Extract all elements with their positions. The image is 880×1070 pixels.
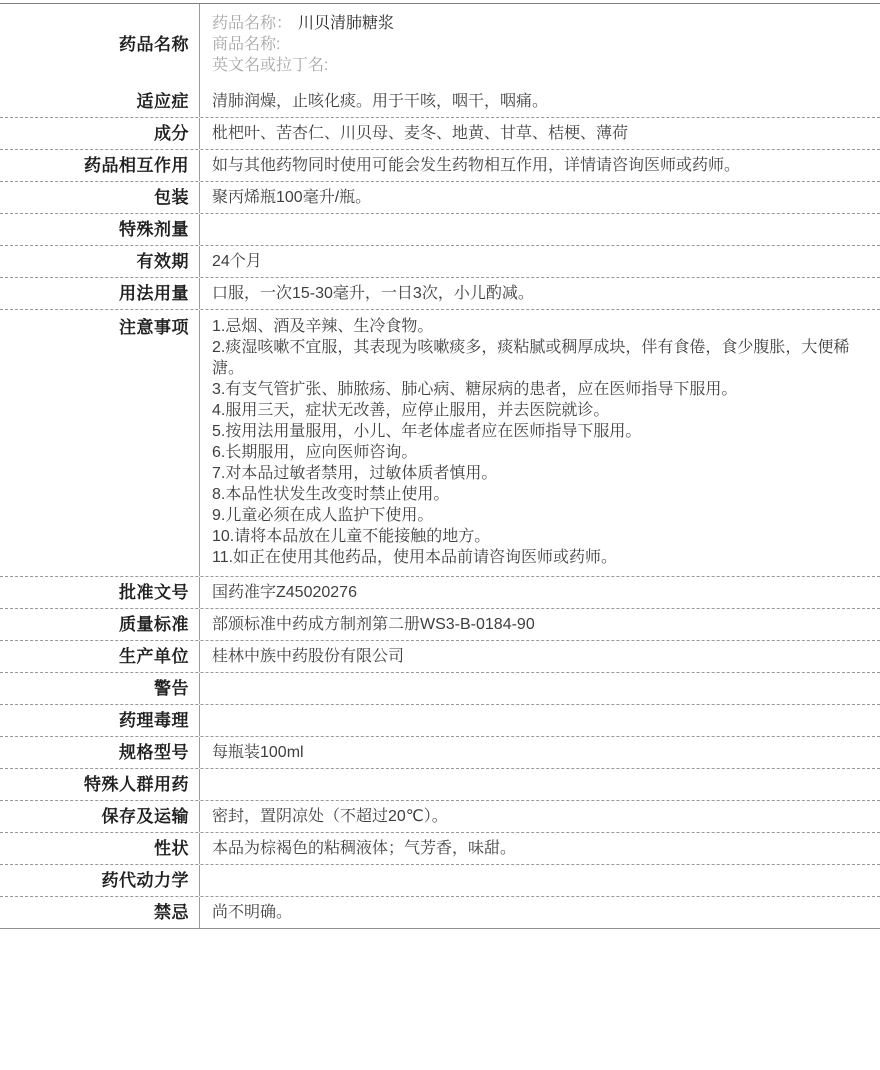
row-label: 成分 [0, 118, 200, 149]
row-label: 有效期 [0, 246, 200, 277]
row-label: 保存及运输 [0, 801, 200, 832]
drug-name-value: 川贝清肺糖浆 [298, 15, 394, 32]
row-label: 用法用量 [0, 278, 200, 309]
row-label: 质量标准 [0, 609, 200, 640]
row-value-line: 如与其他药物同时使用可能会发生药物相互作用，详情请咨询医师或药师。 [212, 155, 854, 176]
row-label: 规格型号 [0, 737, 200, 768]
row-value-line: 24个月 [212, 251, 854, 272]
row-label: 批准文号 [0, 577, 200, 608]
table-row: 特殊人群用药 [0, 768, 880, 800]
table-row: 有效期 24个月 [0, 245, 880, 277]
row-value [200, 769, 880, 800]
row-value [200, 865, 880, 896]
row-value [200, 705, 880, 736]
row-value-line: 1.忌烟、酒及辛辣、生冷食物。 [212, 316, 854, 337]
table-row: 药品相互作用 如与其他药物同时使用可能会发生药物相互作用，详情请咨询医师或药师。 [0, 149, 880, 181]
row-label: 性状 [0, 833, 200, 864]
row-label: 禁忌 [0, 897, 200, 928]
row-value: 枇杷叶、苦杏仁、川贝母、麦冬、地黄、甘草、桔梗、薄荷 [200, 118, 880, 149]
table-row: 警告 [0, 672, 880, 704]
table-row-drug-name: 药品名称 药品名称：川贝清肺糖浆 商品名称: 英文名或拉丁名: [0, 4, 880, 85]
row-label: 特殊人群用药 [0, 769, 200, 800]
row-label: 药品相互作用 [0, 150, 200, 181]
table-row: 药理毒理 [0, 704, 880, 736]
row-value: 如与其他药物同时使用可能会发生药物相互作用，详情请咨询医师或药师。 [200, 150, 880, 181]
row-label: 警告 [0, 673, 200, 704]
row-value-line: 桂林中族中药股份有限公司 [212, 646, 854, 667]
row-label: 生产单位 [0, 641, 200, 672]
table-row: 保存及运输 密封，置阴凉处（不超过20℃）。 [0, 800, 880, 832]
row-value [200, 214, 880, 245]
row-value-line: 部颁标准中药成方制剂第二册WS3-B-0184-90 [212, 614, 854, 635]
drug-info-table: 药品名称 药品名称：川贝清肺糖浆 商品名称: 英文名或拉丁名: 适应症 清肺润燥… [0, 3, 880, 929]
field-label-english-name: 英文名或拉丁名: [212, 57, 328, 74]
row-value: 1.忌烟、酒及辛辣、生冷食物。2.痰湿咳嗽不宜服，其表现为咳嗽痰多，痰粘腻或稠厚… [200, 310, 880, 576]
drug-name-line: 药品名称：川贝清肺糖浆 [212, 13, 854, 34]
row-value: 口服，一次15-30毫升，一日3次，小儿酌减。 [200, 278, 880, 309]
row-value-line: 8.本品性状发生改变时禁止使用。 [212, 484, 854, 505]
row-value-line: 4.服用三天，症状无改善，应停止服用，并去医院就诊。 [212, 400, 854, 421]
row-value-line: 口服，一次15-30毫升，一日3次，小儿酌减。 [212, 283, 854, 304]
table-row: 特殊剂量 [0, 213, 880, 245]
row-value: 本品为棕褐色的粘稠液体；气芳香，味甜。 [200, 833, 880, 864]
row-value-line: 清肺润燥，止咳化痰。用于干咳，咽干，咽痛。 [212, 91, 854, 112]
field-label-drug-name: 药品名称： [212, 15, 292, 32]
table-row: 注意事项 1.忌烟、酒及辛辣、生冷食物。2.痰湿咳嗽不宜服，其表现为咳嗽痰多，痰… [0, 309, 880, 576]
table-row: 药代动力学 [0, 864, 880, 896]
table-row: 生产单位 桂林中族中药股份有限公司 [0, 640, 880, 672]
table-row: 成分 枇杷叶、苦杏仁、川贝母、麦冬、地黄、甘草、桔梗、薄荷 [0, 117, 880, 149]
row-value-line: 枇杷叶、苦杏仁、川贝母、麦冬、地黄、甘草、桔梗、薄荷 [212, 123, 854, 144]
row-value-line: 国药准字Z45020276 [212, 582, 854, 603]
row-value-line: 6.长期服用，应向医师咨询。 [212, 442, 854, 463]
table-row: 包装 聚丙烯瓶100毫升/瓶。 [0, 181, 880, 213]
row-value-line: 5.按用法用量服用，小儿、年老体虚者应在医师指导下服用。 [212, 421, 854, 442]
row-value-line: 2.痰湿咳嗽不宜服，其表现为咳嗽痰多，痰粘腻或稠厚成块，伴有食倦，食少腹胀，大便… [212, 337, 854, 379]
row-value-line: 11.如正在使用其他药品，使用本品前请咨询医师或药师。 [212, 547, 854, 568]
row-value: 国药准字Z45020276 [200, 577, 880, 608]
table-row: 禁忌 尚不明确。 [0, 896, 880, 928]
row-label: 药理毒理 [0, 705, 200, 736]
row-value-line: 密封，置阴凉处（不超过20℃）。 [212, 806, 854, 827]
row-value: 聚丙烯瓶100毫升/瓶。 [200, 182, 880, 213]
row-value-line: 聚丙烯瓶100毫升/瓶。 [212, 187, 854, 208]
row-value-line: 每瓶装100ml [212, 742, 854, 763]
row-value: 每瓶装100ml [200, 737, 880, 768]
row-label: 包装 [0, 182, 200, 213]
row-label: 注意事项 [0, 310, 200, 576]
row-value-line: 7.对本品过敏者禁用，过敏体质者慎用。 [212, 463, 854, 484]
row-label: 特殊剂量 [0, 214, 200, 245]
trade-name-line: 商品名称: [212, 34, 854, 55]
table-rows: 适应症 清肺润燥，止咳化痰。用于干咳，咽干，咽痛。 成分 枇杷叶、苦杏仁、川贝母… [0, 85, 880, 928]
row-label: 药品名称 [0, 4, 200, 85]
row-value: 桂林中族中药股份有限公司 [200, 641, 880, 672]
row-value [200, 673, 880, 704]
row-value: 尚不明确。 [200, 897, 880, 928]
table-row: 规格型号 每瓶装100ml [0, 736, 880, 768]
row-value-line: 本品为棕褐色的粘稠液体；气芳香，味甜。 [212, 838, 854, 859]
row-value-line: 尚不明确。 [212, 902, 854, 923]
table-row: 用法用量 口服，一次15-30毫升，一日3次，小儿酌减。 [0, 277, 880, 309]
row-value: 药品名称：川贝清肺糖浆 商品名称: 英文名或拉丁名: [200, 4, 880, 85]
table-row: 性状 本品为棕褐色的粘稠液体；气芳香，味甜。 [0, 832, 880, 864]
field-label-trade-name: 商品名称: [212, 36, 280, 53]
row-value-line: 9.儿童必须在成人监护下使用。 [212, 505, 854, 526]
row-value: 24个月 [200, 246, 880, 277]
row-value-line: 3.有支气管扩张、肺脓疡、肺心病、糖尿病的患者，应在医师指导下服用。 [212, 379, 854, 400]
row-value: 清肺润燥，止咳化痰。用于干咳，咽干，咽痛。 [200, 85, 880, 117]
row-label: 适应症 [0, 85, 200, 117]
row-value: 密封，置阴凉处（不超过20℃）。 [200, 801, 880, 832]
table-row: 适应症 清肺润燥，止咳化痰。用于干咳，咽干，咽痛。 [0, 85, 880, 117]
row-label: 药代动力学 [0, 865, 200, 896]
row-value-line: 10.请将本品放在儿童不能接触的地方。 [212, 526, 854, 547]
english-name-line: 英文名或拉丁名: [212, 55, 854, 76]
row-value: 部颁标准中药成方制剂第二册WS3-B-0184-90 [200, 609, 880, 640]
table-row: 批准文号 国药准字Z45020276 [0, 576, 880, 608]
table-row: 质量标准 部颁标准中药成方制剂第二册WS3-B-0184-90 [0, 608, 880, 640]
